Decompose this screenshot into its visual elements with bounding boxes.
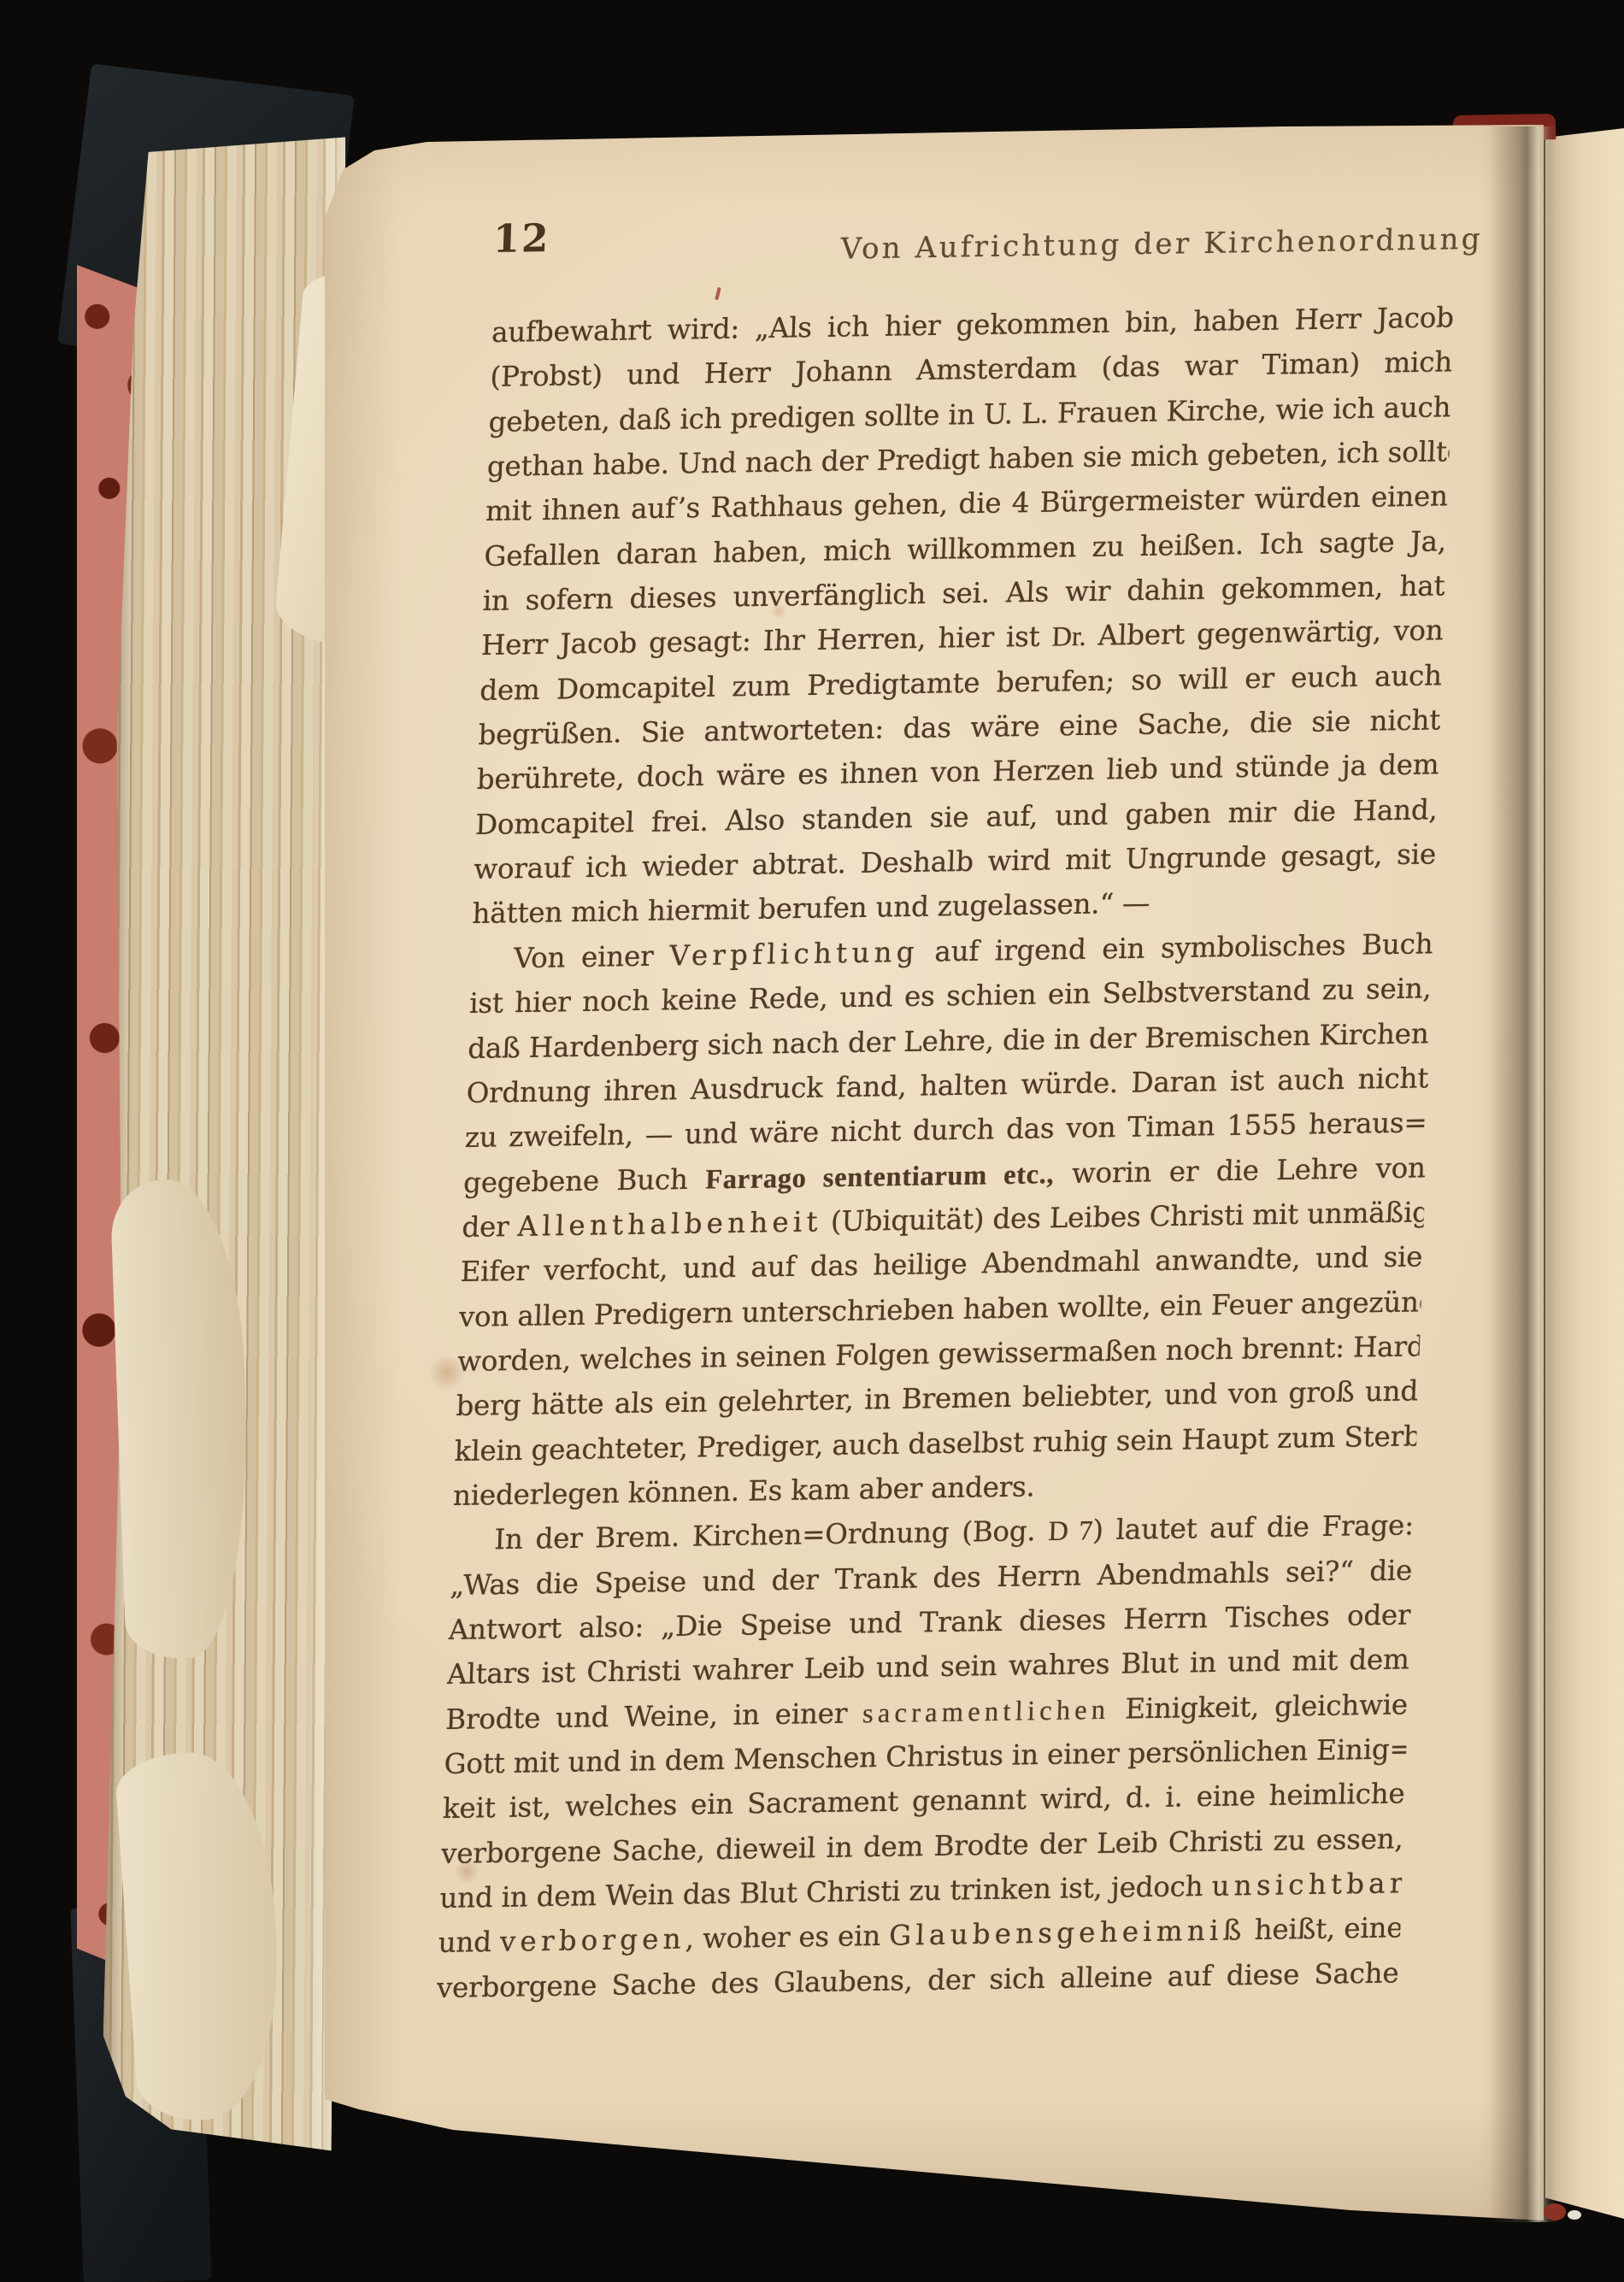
left-page: 12 Von Aufrichtung der Kirchenordnung au… — [325, 125, 1544, 2220]
binding-thread-red — [1544, 2203, 1566, 2220]
text-block: 12 Von Aufrichtung der Kirchenordnung au… — [436, 194, 1457, 2010]
book-scan-photo: 12 Von Aufrichtung der Kirchenordnung au… — [0, 0, 1624, 2282]
facing-page-sliver — [1545, 128, 1624, 2219]
body-text: aufbewahrt wird: „Als ich hier gekommen … — [436, 295, 1455, 2010]
running-header: Von Aufrichtung der Kirchenordnung — [840, 222, 1484, 267]
page-number: 12 — [492, 215, 550, 262]
binding-thread-white — [1568, 2210, 1581, 2220]
